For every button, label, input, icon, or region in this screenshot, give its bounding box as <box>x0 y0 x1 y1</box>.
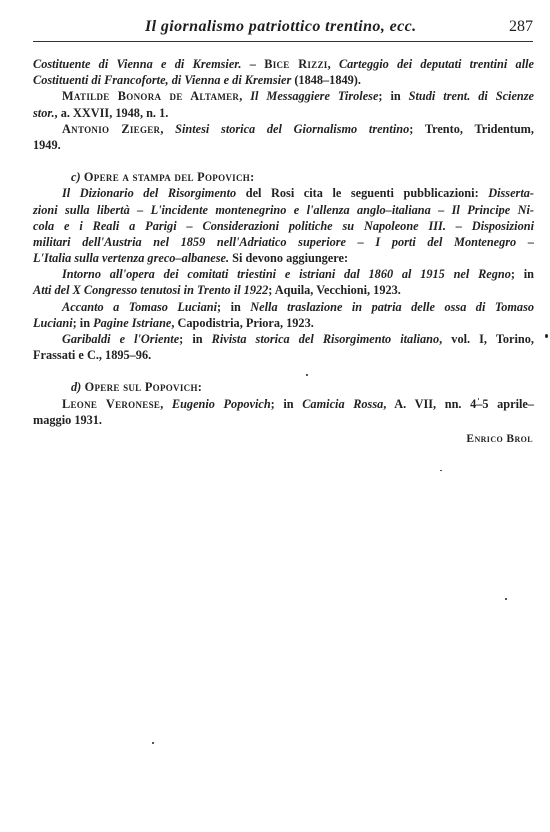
scan-speck <box>306 374 308 376</box>
text-span: Sintesi storica del Giornalismo trentino <box>175 122 409 136</box>
header-rule <box>33 41 533 42</box>
author-name: Antonio Zieger <box>62 122 160 136</box>
section-title: Opere sul Popovich: <box>81 380 202 394</box>
section-marker: c) <box>71 170 81 184</box>
text-span: Accanto a Tomaso Luciani <box>62 300 217 314</box>
text-line: stor., a. XXVII, 1948, n. 1. <box>33 105 534 121</box>
text-line: Luciani; in Pagine Istriane, Capodistria… <box>33 315 534 331</box>
text-span: zioni sulla libertà – L'incidente monten… <box>33 203 534 217</box>
text-line: Leone Veronese, Eugenio Popovich; in Cam… <box>33 396 534 412</box>
text-span: Camicia Rossa <box>302 397 383 411</box>
text-span: L'Italia sulla vertenza greco–albanese. <box>33 251 229 265</box>
text-span: , <box>239 89 250 103</box>
spacer <box>33 153 534 169</box>
author-signature: Enrico Brol <box>466 433 533 445</box>
text-span: Costituente di Vienna e di Kremsier. <box>33 57 241 71</box>
text-line: Il Dizionario del Risorgimento del Rosi … <box>33 185 534 201</box>
author-name: Matilde Bonora de Altamer <box>62 89 239 103</box>
scan-speck <box>152 742 154 744</box>
text-line: Atti del X Congresso tenutosi in Trento … <box>33 282 534 298</box>
text-line: Frassati e C., 1895–96. <box>33 347 534 363</box>
section-heading-d: d) Opere sul Popovich: <box>33 379 534 395</box>
author-name: Leone Veronese <box>62 397 160 411</box>
text-span: , <box>160 122 175 136</box>
text-span: ; Aquila, Vecchioni, 1923. <box>268 283 401 297</box>
text-span: Garibaldi e l'Oriente <box>62 332 179 346</box>
text-line: Costituenti di Francoforte, di Vienna e … <box>33 72 534 88</box>
text-span: Atti del X Congresso tenutosi in Trento … <box>33 283 268 297</box>
text-span: Si devono aggiungere: <box>229 251 348 265</box>
text-span: , Capodistria, Priora, 1923. <box>171 316 313 330</box>
text-line: Garibaldi e l'Oriente; in Rivista storic… <box>33 331 534 347</box>
text-span: , <box>328 57 339 71</box>
text-line: 1949. <box>33 137 534 153</box>
text-line: maggio 1931. <box>33 412 534 428</box>
text-span: cola e i Reali a Parigi – Considerazioni… <box>33 219 534 233</box>
section-heading-c: c) Opere a stampa del Popovich: <box>33 169 534 185</box>
text-line: Accanto a Tomaso Luciani; in Nella trasl… <box>33 299 534 315</box>
book-page: Il giornalismo patriottico trentino, ecc… <box>0 0 550 832</box>
scan-speck <box>545 334 548 338</box>
text-span: ; in <box>511 267 534 281</box>
text-line: Matilde Bonora de Altamer, Il Messaggier… <box>33 88 534 104</box>
scan-speck <box>505 598 507 600</box>
text-span: ; in <box>378 89 408 103</box>
text-span: – <box>241 57 264 71</box>
text-span: stor. <box>33 106 55 120</box>
text-span: ; in <box>179 332 211 346</box>
author-name: Bice Rizzi <box>264 57 327 71</box>
text-span: Il Messaggiere Tirolese <box>250 89 378 103</box>
text-line: Costituente di Vienna e di Kremsier. – B… <box>33 56 534 72</box>
text-span: militari dell'Austria nel 1859 nell'Adri… <box>33 235 534 249</box>
page-number: 287 <box>509 18 533 36</box>
text-span: del Rosi cita le seguenti pubblicazioni: <box>236 186 488 200</box>
text-span: , A. VII, nn. 4–5 aprile– <box>383 397 534 411</box>
text-span: ; Trento, Tridentum, <box>409 122 534 136</box>
text-span: Disserta- <box>488 186 534 200</box>
text-span: ; in <box>73 316 94 330</box>
section-marker: d) <box>71 380 81 394</box>
text-span: Luciani <box>33 316 73 330</box>
text-span: , a. XXVII, 1948, n. 1. <box>55 106 169 120</box>
text-line: militari dell'Austria nel 1859 nell'Adri… <box>33 234 534 250</box>
text-span: Il Dizionario del Risorgimento <box>62 186 236 200</box>
text-line: L'Italia sulla vertenza greco–albanese. … <box>33 250 534 266</box>
scan-speck <box>478 398 479 400</box>
text-span: , <box>160 397 172 411</box>
text-span: 1949. <box>33 138 61 152</box>
text-line: Antonio Zieger, Sintesi storica del Gior… <box>33 121 534 137</box>
body-text: Costituente di Vienna e di Kremsier. – B… <box>33 56 534 428</box>
text-line: Intorno all'opera dei comitati triestini… <box>33 266 534 282</box>
text-span: Frassati e C., 1895–96. <box>33 348 151 362</box>
running-title: Il giornalismo patriottico trentino, ecc… <box>145 18 417 36</box>
text-span: Studi trent. di Scienze <box>409 89 534 103</box>
text-line: zioni sulla libertà – L'incidente monten… <box>33 202 534 218</box>
text-span: Nella traslazione in patria delle ossa d… <box>250 300 534 314</box>
running-header: Il giornalismo patriottico trentino, ecc… <box>33 18 533 40</box>
text-span: Intorno all'opera dei comitati triestini… <box>62 267 511 281</box>
text-span: (1848–1849). <box>291 73 361 87</box>
text-span: Costituenti di Francoforte, di Vienna e … <box>33 73 291 87</box>
text-span: Rivista storica del Risorgimento italian… <box>212 332 440 346</box>
text-span: ; in <box>271 397 303 411</box>
text-span: , vol. I, Torino, <box>439 332 534 346</box>
text-span: Pagine Istriane <box>93 316 171 330</box>
text-line: cola e i Reali a Parigi – Considerazioni… <box>33 218 534 234</box>
text-span: ; in <box>217 300 250 314</box>
text-span: Eugenio Popovich <box>172 397 271 411</box>
text-span: Carteggio dei deputati trentini alle <box>339 57 534 71</box>
spacer <box>33 363 534 379</box>
scan-speck <box>440 470 442 471</box>
text-span: maggio 1931. <box>33 413 102 427</box>
section-title: Opere a stampa del Popovich: <box>81 170 255 184</box>
